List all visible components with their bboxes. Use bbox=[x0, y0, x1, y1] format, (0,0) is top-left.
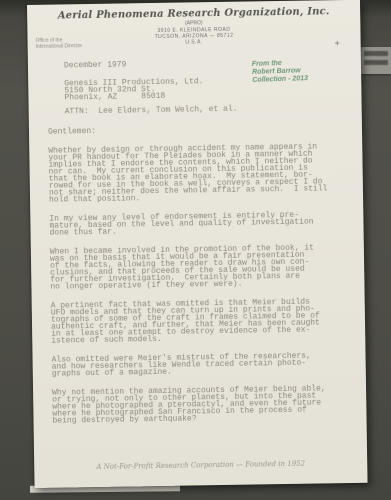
recipient-address: Genesis III Productions, Ltd. 5150 North… bbox=[64, 78, 204, 101]
paragraph-6: Why not mention the amazing accounts of … bbox=[52, 385, 357, 425]
plus-mark-annotation: + bbox=[335, 38, 340, 48]
letterhead: Aerial Phenomena Research Organization, … bbox=[27, 6, 361, 48]
letter-page: Office of the International Director Aer… bbox=[27, 0, 368, 488]
paragraph-2: In my view any level of endorsement is e… bbox=[49, 211, 353, 237]
paragraph-5: Also omitted were Meier's mistrust of th… bbox=[52, 352, 356, 378]
letter-date: December 1979 bbox=[64, 60, 127, 70]
letterhead-footer: A Not-For-Profit Research Corporation — … bbox=[34, 459, 367, 472]
paragraph-1: Whether by design or through accident my… bbox=[48, 143, 353, 204]
letterhead-address: 3910 E. KLEINDALE ROAD TUCSON, ARIZONA —… bbox=[27, 25, 360, 48]
paragraph-3: When I became involved in the promotion … bbox=[50, 244, 355, 291]
paragraph-4: A pertinent fact that was omitted is tha… bbox=[51, 298, 356, 345]
right-edge-label bbox=[361, 47, 391, 74]
salutation: Gentlemen: bbox=[48, 124, 352, 136]
collection-stamp: From the Robert Barrow Collection - 2013 bbox=[252, 59, 308, 85]
attn-line: ATTN: Lee Elders, Tom Welch, et al. bbox=[65, 105, 238, 117]
letter-body: Gentlemen: Whether by design or through … bbox=[48, 124, 357, 437]
scanned-letter-background: Office of the International Director Aer… bbox=[0, 0, 391, 500]
